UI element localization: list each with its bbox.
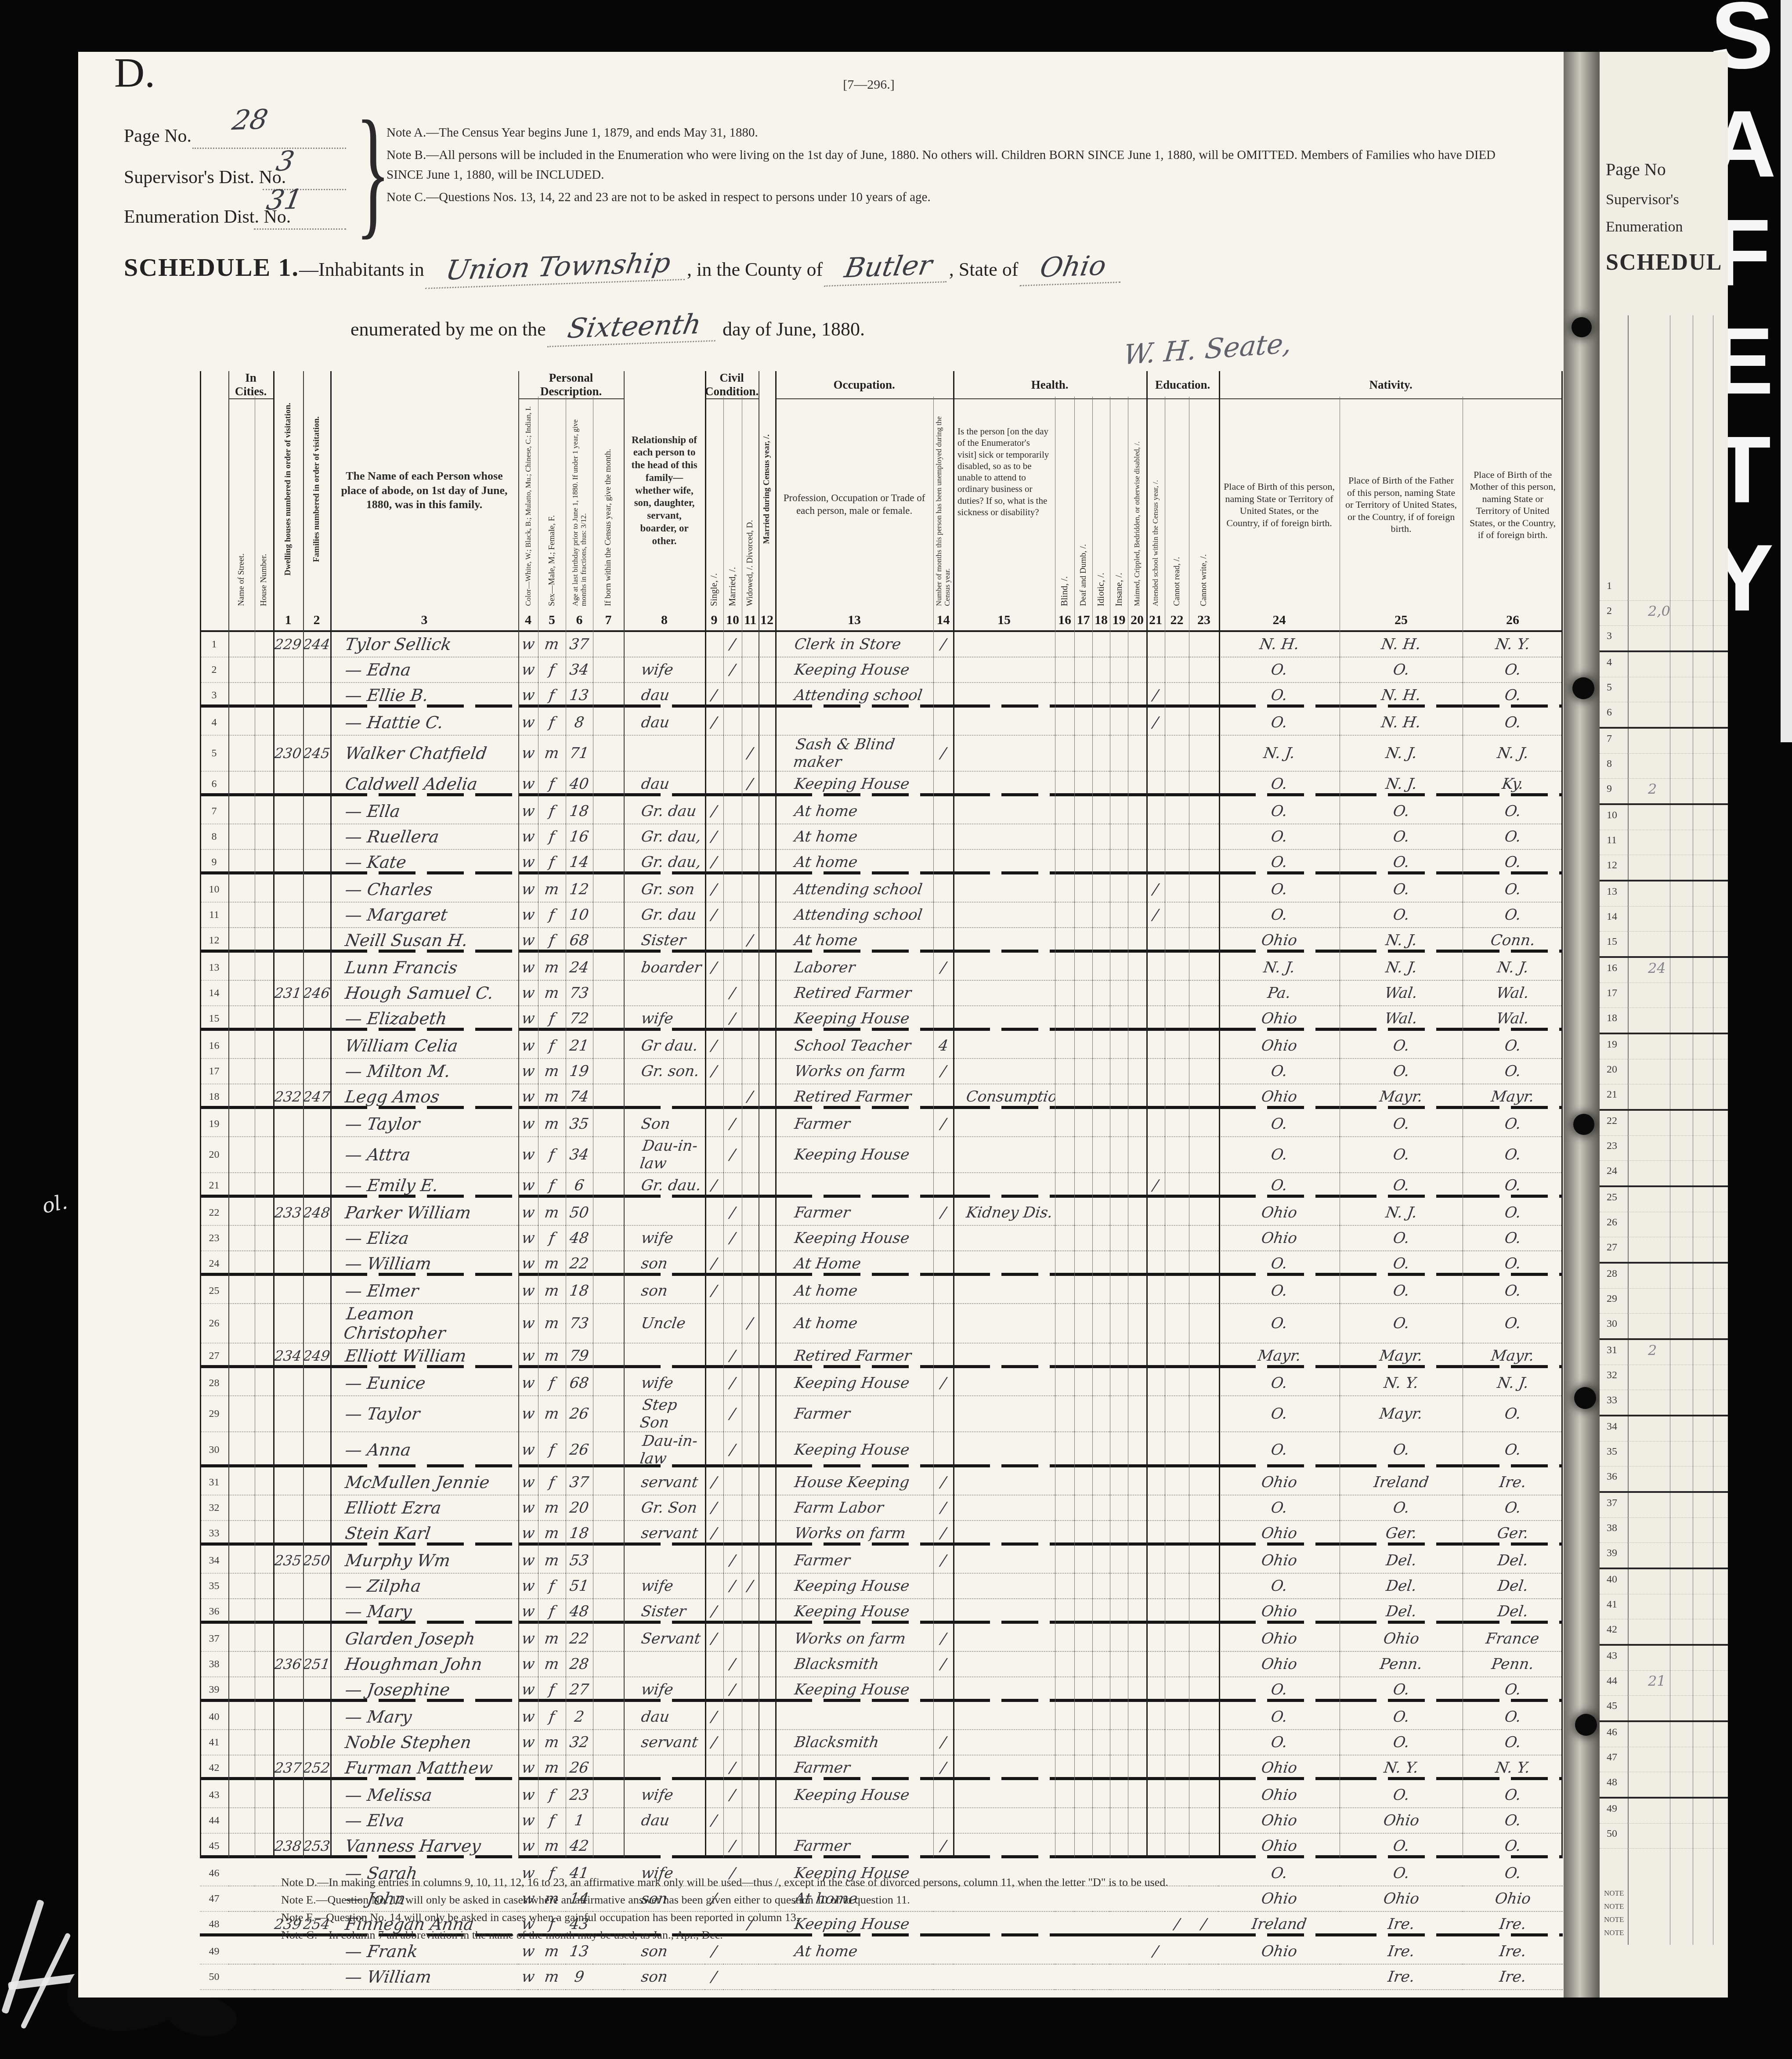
color-text: w — [520, 932, 536, 949]
cell-sickness — [953, 1432, 1055, 1470]
cell-relationship: wife — [624, 657, 705, 683]
cell-widowed-mark — [742, 632, 759, 657]
father-birthplace-text: Mayr. — [1378, 1405, 1423, 1423]
cell-married-mark — [723, 877, 742, 903]
cell-deaf-mark — [1074, 799, 1092, 824]
cell-blind-mark — [1055, 1251, 1074, 1279]
person-name-text: — Edna — [344, 660, 412, 679]
cell-married-in-year-mark — [759, 877, 775, 903]
cell-idiotic-mark — [1092, 657, 1110, 683]
color-text: w — [520, 1655, 536, 1673]
birthplace-text: Ohio — [1260, 1759, 1298, 1777]
cell-person-name: Houghman John — [330, 1652, 518, 1677]
cell-deaf-mark — [1074, 1705, 1092, 1730]
cell-line-number: 14 — [200, 981, 228, 1006]
cell-married-in-year-mark — [759, 1396, 775, 1432]
cell-sex: m — [538, 955, 566, 981]
cell-married-in-year-mark — [759, 1470, 775, 1495]
page-corner-letter: D. — [114, 48, 155, 97]
sickness-text: Kidney Dis. — [965, 1204, 1054, 1221]
father-birthplace-text: Del. — [1385, 1603, 1418, 1620]
age-text: 20 — [569, 1499, 590, 1517]
cell-family-number: 249 — [303, 1344, 330, 1371]
cell-father-birthplace: O. — [1340, 1173, 1463, 1200]
cell-married-mark: / — [723, 1783, 742, 1808]
color-text: w — [520, 1255, 536, 1272]
cell-widowed-mark — [742, 1279, 759, 1304]
cell-person-name: — Margaret — [330, 903, 518, 928]
sex-text: f — [548, 1474, 556, 1491]
cell-relationship: dau — [624, 1705, 705, 1730]
cell-relationship: servant — [624, 1521, 705, 1548]
cell-blind-mark — [1055, 1495, 1074, 1521]
father-birthplace-text: Mayr. — [1378, 1347, 1423, 1365]
mother-birthplace-text: O. — [1503, 1708, 1522, 1726]
cell-married-in-year-mark — [759, 1251, 775, 1279]
cell-occupation: Attending school — [775, 903, 933, 928]
cell-deaf-mark — [1074, 1730, 1092, 1756]
cell-single-mark: / — [705, 1059, 723, 1084]
next-page-line-number: 50 — [1607, 1828, 1617, 1840]
cell-sickness — [953, 1626, 1055, 1652]
person-name-text: Houghman John — [344, 1654, 484, 1674]
census-row: 35— Zilphawf51wife/ /Keeping HouseO.Del.… — [200, 1574, 1563, 1599]
cell-cannot-write-mark — [1189, 1965, 1219, 1990]
next-page-row: 3 — [1600, 626, 1728, 652]
cell-married-mark — [723, 1808, 742, 1834]
cell-cannot-write-mark — [1189, 1304, 1219, 1344]
cell-attended-school-mark — [1146, 772, 1165, 799]
cell-cannot-read-mark — [1165, 772, 1189, 799]
cell-street — [228, 1112, 255, 1137]
cell-cannot-write-mark — [1189, 1548, 1219, 1574]
birthplace-text: O. — [1270, 853, 1288, 871]
cell-dwelling-number: 238 — [273, 1834, 303, 1861]
relationship-text: Dau-in-law — [639, 1432, 705, 1467]
cell-father-birthplace: Ger. — [1340, 1521, 1463, 1548]
months-unemployed-text: / — [939, 1655, 947, 1673]
cell-street — [228, 683, 255, 710]
cell-insane-mark — [1110, 1396, 1128, 1432]
next-page-line-number: 16 — [1607, 962, 1617, 974]
cell-cannot-read-mark — [1165, 981, 1189, 1006]
cell-cannot-read-mark — [1165, 1059, 1189, 1084]
cell-cannot-write-mark — [1189, 1396, 1219, 1432]
cell-blind-mark — [1055, 1371, 1074, 1396]
census-row: 13Lunn Franciswm24boarder/Laborer/N. J.N… — [200, 955, 1563, 981]
cell-age: 19 — [566, 1059, 593, 1084]
next-page-row: 14 — [1600, 907, 1728, 932]
cell-deaf-mark — [1074, 683, 1092, 710]
grid-vline — [518, 371, 519, 1857]
cell-occupation: Farmer — [775, 1548, 933, 1574]
age-text: 68 — [569, 1374, 590, 1392]
cell-house — [255, 1705, 273, 1730]
cell-sickness — [953, 799, 1055, 824]
next-page-line-number: 42 — [1607, 1624, 1617, 1636]
cell-sex: f — [538, 1599, 566, 1626]
cell-dwelling-number — [273, 683, 303, 710]
cell-widowed-mark — [742, 1705, 759, 1730]
cell-cannot-write-mark — [1189, 772, 1219, 799]
mother-birthplace-text: O. — [1503, 714, 1522, 731]
cell-sickness — [953, 1304, 1055, 1344]
occupation-text: At Home — [793, 1255, 862, 1272]
schedule-title: SCHEDULE 1. — [124, 253, 299, 282]
grid-vline — [723, 397, 724, 1857]
cell-attended-school-mark — [1146, 850, 1165, 877]
census-row: 22233248Parker Williamwm50/Farmer/Kidney… — [200, 1200, 1563, 1226]
cell-dwelling-number — [273, 824, 303, 850]
cell-relationship — [624, 1548, 705, 1574]
person-name-text: — Ruellera — [344, 827, 440, 846]
father-birthplace-text: O. — [1392, 1734, 1410, 1751]
cell-mother-birthplace: O. — [1463, 1112, 1563, 1137]
cell-mother-birthplace: O. — [1463, 1783, 1563, 1808]
cell-months-unemployed — [933, 1006, 953, 1033]
cell-months-unemployed: / — [933, 1200, 953, 1226]
married-mark-text: / — [729, 1552, 737, 1569]
mother-birthplace-text: Ire. — [1498, 1968, 1527, 1986]
father-birthplace-text: Del. — [1385, 1577, 1418, 1595]
cell-line-number: 40 — [200, 1705, 228, 1730]
cell-house — [255, 1808, 273, 1834]
occupation-text: Farmer — [793, 1759, 851, 1777]
sex-text: m — [544, 1943, 560, 1960]
next-page-line-number: 21 — [1607, 1089, 1617, 1101]
cell-birthplace: O. — [1219, 1677, 1340, 1705]
cell-person-name: — Edna — [330, 657, 518, 683]
col-widowed-head: Widowed, /. Divorced, D. — [742, 399, 759, 610]
cell-color: w — [518, 1599, 538, 1626]
cell-single-mark: / — [705, 1279, 723, 1304]
grid-vline — [933, 397, 934, 1857]
cell-widowed-mark — [742, 955, 759, 981]
next-page-row: 7 — [1600, 729, 1728, 754]
cell-months-unemployed: / — [933, 1112, 953, 1137]
single-mark-text: / — [711, 1499, 718, 1517]
cell-family-number — [303, 1574, 330, 1599]
single-mark-text: / — [711, 802, 718, 820]
cell-relationship: son — [624, 1251, 705, 1279]
cell-birthplace: N. J. — [1219, 736, 1340, 772]
cell-mother-birthplace: Del. — [1463, 1548, 1563, 1574]
cell-person-name: — Attra — [330, 1137, 518, 1173]
cell-relationship — [624, 1652, 705, 1677]
cell-relationship — [624, 1834, 705, 1861]
cell-house — [255, 1344, 273, 1371]
cell-birthplace: O. — [1219, 772, 1340, 799]
cell-birthplace: O. — [1219, 1137, 1340, 1173]
cell-line-number: 3 — [200, 683, 228, 710]
cell-blind-mark — [1055, 772, 1074, 799]
next-page-row: 24 — [1600, 1161, 1728, 1187]
cell-birth-month — [593, 1033, 624, 1059]
cell-street — [228, 1652, 255, 1677]
cell-deaf-mark — [1074, 1834, 1092, 1861]
next-page-row: 23 — [1600, 1136, 1728, 1161]
cell-insane-mark — [1110, 1432, 1128, 1470]
census-table: In Cities. Dwelling houses numbered in o… — [200, 371, 1563, 1990]
next-page-row: 34 — [1600, 1416, 1728, 1441]
cell-single-mark — [705, 1084, 723, 1112]
father-birthplace-text: N. J. — [1384, 744, 1418, 762]
cell-line-number: 15 — [200, 1006, 228, 1033]
next-page-row: 37 — [1600, 1493, 1728, 1518]
cell-street — [228, 1200, 255, 1226]
cell-married-in-year-mark — [759, 1279, 775, 1304]
cell-age: 71 — [566, 736, 593, 772]
birthplace-text: O. — [1270, 828, 1288, 845]
relationship-text: son — [640, 1255, 668, 1272]
cell-cannot-read-mark — [1165, 1652, 1189, 1677]
cell-family-number: 251 — [303, 1652, 330, 1677]
cell-mother-birthplace: O. — [1463, 799, 1563, 824]
cell-line-number: 28 — [200, 1371, 228, 1396]
cell-married-in-year-mark — [759, 657, 775, 683]
cell-birthplace: Ohio — [1219, 1652, 1340, 1677]
color-text: w — [520, 1630, 536, 1647]
next-page-row: 21 — [1600, 1084, 1728, 1111]
cell-insane-mark — [1110, 657, 1128, 683]
cell-relationship — [624, 981, 705, 1006]
census-row: 1229244Tylor Sellickwm37/Clerk in Store/… — [200, 632, 1563, 657]
cell-single-mark — [705, 1548, 723, 1574]
cell-widowed-mark — [742, 1783, 759, 1808]
cell-insane-mark — [1110, 1756, 1128, 1783]
cell-attended-school-mark: / — [1146, 683, 1165, 710]
cell-birth-month — [593, 1705, 624, 1730]
group-health: Health. — [953, 371, 1146, 399]
cell-sex: f — [538, 1173, 566, 1200]
cell-family-number — [303, 1432, 330, 1470]
cell-sex: m — [538, 1652, 566, 1677]
cell-attended-school-mark — [1146, 1834, 1165, 1861]
cell-deaf-mark — [1074, 1521, 1092, 1548]
cell-attended-school-mark — [1146, 1251, 1165, 1279]
sickness-text: Consumption — [965, 1088, 1055, 1105]
cell-father-birthplace: O. — [1340, 1033, 1463, 1059]
color-text: w — [520, 984, 536, 1002]
cell-birth-month — [593, 981, 624, 1006]
cell-age: 68 — [566, 928, 593, 955]
person-name-text: — Zilpha — [344, 1576, 422, 1596]
cell-maimed-mark — [1128, 1574, 1146, 1599]
cell-house — [255, 657, 273, 683]
cell-birthplace: Ohio — [1219, 1200, 1340, 1226]
cell-line-number: 38 — [200, 1652, 228, 1677]
cell-person-name: Furman Matthew — [330, 1756, 518, 1783]
cell-deaf-mark — [1074, 1548, 1092, 1574]
age-text: 2 — [573, 1708, 585, 1726]
cell-mother-birthplace: O. — [1463, 1677, 1563, 1705]
cell-months-unemployed — [933, 1705, 953, 1730]
mother-birthplace-text: O. — [1503, 853, 1522, 871]
cell-color: w — [518, 1730, 538, 1756]
relationship-text: servant — [640, 1734, 699, 1751]
cell-age: 37 — [566, 632, 593, 657]
cell-maimed-mark — [1128, 850, 1146, 877]
age-text: 48 — [569, 1229, 590, 1247]
cell-street — [228, 1677, 255, 1705]
cell-single-mark — [705, 1574, 723, 1599]
cell-house — [255, 1470, 273, 1495]
bottom-notes: Note D.—In making entries in columns 9, … — [281, 1874, 1555, 1944]
cell-age: 26 — [566, 1432, 593, 1470]
next-page-row: 1624 — [1600, 958, 1728, 983]
cell-line-number: 8 — [200, 824, 228, 850]
cell-house — [255, 1432, 273, 1470]
cell-single-mark — [705, 1304, 723, 1344]
cell-line-number: 18 — [200, 1084, 228, 1112]
cell-age: 68 — [566, 1371, 593, 1396]
cell-line-number: 29 — [200, 1396, 228, 1432]
age-text: 22 — [569, 1630, 590, 1647]
next-page-line-number: 47 — [1607, 1752, 1617, 1763]
cell-person-name: — William — [330, 1251, 518, 1279]
cell-months-unemployed — [933, 1344, 953, 1371]
next-page-line-number: 41 — [1607, 1599, 1617, 1611]
cell-dwelling-number — [273, 1006, 303, 1033]
color-text: w — [520, 1282, 536, 1300]
cell-mother-birthplace: Ger. — [1463, 1521, 1563, 1548]
col-mother-birthplace-head: Place of Birth of the Mother of this per… — [1463, 399, 1563, 610]
cell-cannot-read-mark — [1165, 1677, 1189, 1705]
cell-married-mark: / — [723, 1548, 742, 1574]
cell-occupation: Blacksmith — [775, 1652, 933, 1677]
cell-deaf-mark — [1074, 850, 1092, 877]
cell-color: w — [518, 1470, 538, 1495]
cell-married-in-year-mark — [759, 799, 775, 824]
cell-occupation: Works on farm — [775, 1059, 933, 1084]
cell-attended-school-mark — [1146, 799, 1165, 824]
age-text: 72 — [569, 1010, 590, 1027]
sex-text: f — [548, 932, 556, 949]
cell-months-unemployed — [933, 1304, 953, 1344]
occupation-text: Keeping House — [793, 1441, 910, 1459]
occupation-text: At home — [793, 828, 859, 845]
cell-deaf-mark — [1074, 736, 1092, 772]
cell-line-number: 27 — [200, 1344, 228, 1371]
cell-occupation: Keeping House — [775, 1599, 933, 1626]
cell-relationship: wife — [624, 1574, 705, 1599]
census-row: 9— Katewf14Gr. dau,/At homeO.O.O. — [200, 850, 1563, 877]
col-father-birthplace-head: Place of Birth of the Father of this per… — [1340, 399, 1463, 610]
col-occupation-head: Profession, Occupation or Trade of each … — [775, 399, 933, 610]
mother-birthplace-text: O. — [1503, 1204, 1522, 1221]
note-a: Note A.—The Census Year begins June 1, 1… — [387, 123, 1511, 143]
cell-single-mark: / — [705, 824, 723, 850]
occupation-text: Works on farm — [793, 1630, 907, 1647]
cell-street — [228, 632, 255, 657]
cell-sickness — [953, 1495, 1055, 1521]
next-page-line-number: 30 — [1607, 1318, 1617, 1330]
relationship-text: wife — [640, 1681, 674, 1698]
cell-family-number — [303, 1396, 330, 1432]
next-page-line-number: 38 — [1607, 1522, 1617, 1534]
cell-widowed-mark — [742, 683, 759, 710]
next-page-row: 92 — [1600, 779, 1728, 805]
cell-age: 22 — [566, 1251, 593, 1279]
father-birthplace-text: Mayr. — [1378, 1088, 1423, 1105]
cell-maimed-mark — [1128, 903, 1146, 928]
cell-house — [255, 928, 273, 955]
cell-insane-mark — [1110, 903, 1128, 928]
cell-sex: f — [538, 1432, 566, 1470]
cell-house — [255, 1965, 273, 1990]
cell-family-number — [303, 1705, 330, 1730]
census-row: 50— Williamwm9son/Ire.Ire. — [200, 1965, 1563, 1990]
cell-house — [255, 1137, 273, 1173]
next-page-row: 30 — [1600, 1314, 1728, 1340]
cell-insane-mark — [1110, 799, 1128, 824]
census-row: 44— Elvawf1dau/OhioOhioO. — [200, 1808, 1563, 1834]
cell-birth-month — [593, 850, 624, 877]
cell-house — [255, 850, 273, 877]
cell-deaf-mark — [1074, 1304, 1092, 1344]
cell-color: w — [518, 1396, 538, 1432]
cell-married-mark: / — [723, 1226, 742, 1251]
census-row: 6Caldwell Adeliawf40dau/Keeping HouseO.N… — [200, 772, 1563, 799]
cell-widowed-mark — [742, 850, 759, 877]
cell-occupation: Works on farm — [775, 1626, 933, 1652]
cell-married-in-year-mark — [759, 903, 775, 928]
cell-person-name: Vanness Harvey — [330, 1834, 518, 1861]
sex-text: f — [548, 853, 556, 871]
cell-father-birthplace: O. — [1340, 1705, 1463, 1730]
cell-insane-mark — [1110, 1548, 1128, 1574]
color-text: w — [520, 1441, 536, 1459]
cell-dwelling-number — [273, 1599, 303, 1626]
cell-months-unemployed: / — [933, 1059, 953, 1084]
cell-single-mark: / — [705, 1626, 723, 1652]
state-value: Ohio — [1020, 249, 1127, 286]
cell-father-birthplace: Del. — [1340, 1574, 1463, 1599]
cell-blind-mark — [1055, 1304, 1074, 1344]
months-unemployed-text: / — [939, 744, 947, 762]
married-mark-text: / — [729, 1374, 737, 1392]
cell-maimed-mark — [1128, 683, 1146, 710]
cell-sex: m — [538, 1084, 566, 1112]
occupation-text: Keeping House — [793, 1577, 910, 1595]
grid-vline — [303, 371, 304, 1857]
cell-maimed-mark — [1128, 1470, 1146, 1495]
cell-dwelling-number — [273, 1226, 303, 1251]
cell-occupation: Keeping House — [775, 772, 933, 799]
cell-sickness — [953, 1173, 1055, 1200]
cell-birth-month — [593, 799, 624, 824]
birthplace-text: O. — [1270, 1115, 1288, 1133]
cell-deaf-mark — [1074, 1137, 1092, 1173]
birthplace-text: Ohio — [1260, 1786, 1298, 1804]
widowed-mark-text: / — [747, 744, 754, 762]
cell-color: w — [518, 1548, 538, 1574]
cell-blind-mark — [1055, 1226, 1074, 1251]
cell-line-number: 25 — [200, 1279, 228, 1304]
column-number: 19 — [1110, 610, 1128, 632]
birthplace-text: Ohio — [1260, 1655, 1298, 1673]
person-name-text: — Milton M. — [344, 1062, 452, 1081]
cell-married-mark — [723, 1084, 742, 1112]
next-page-row: 50 — [1600, 1824, 1728, 1849]
cell-married-mark: / — [723, 1834, 742, 1861]
birthplace-text: O. — [1270, 1708, 1288, 1726]
cell-relationship: Sister — [624, 928, 705, 955]
cell-attended-school-mark — [1146, 1432, 1165, 1470]
age-text: 48 — [569, 1603, 590, 1620]
cell-idiotic-mark — [1092, 1112, 1110, 1137]
col-house-head: House Number. — [255, 399, 273, 610]
